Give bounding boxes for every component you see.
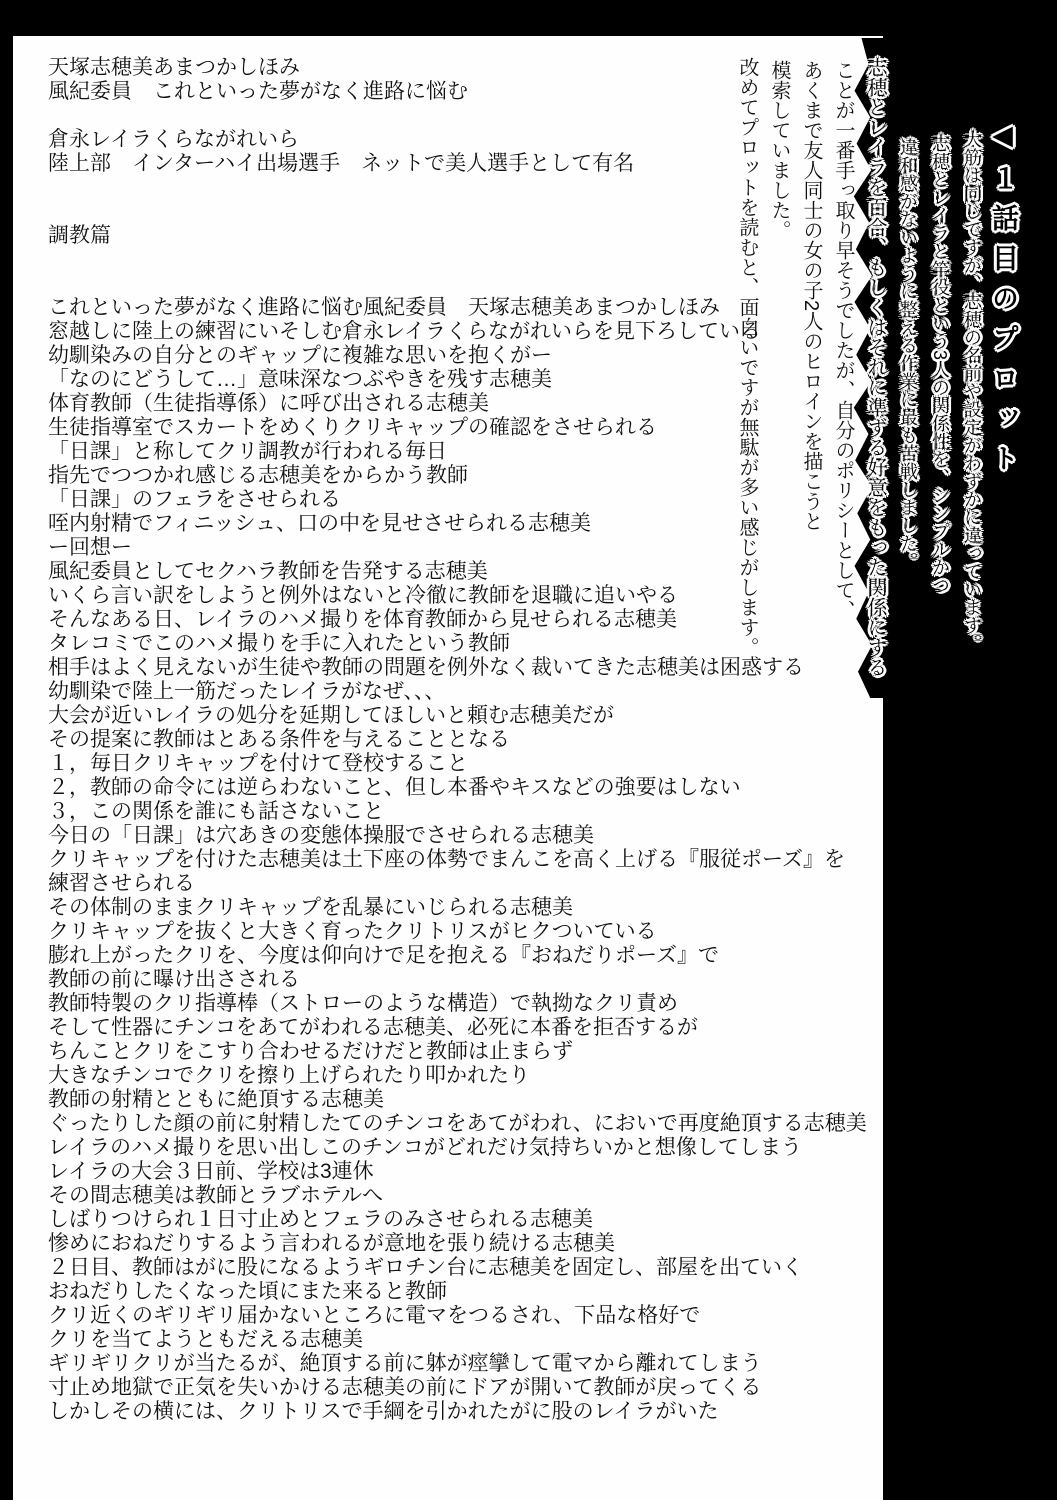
text-line: その体制のままクリキャップを乱暴にいじられる志穂美 — [48, 896, 878, 920]
text-line: その提案に教師はとある条件を与えることとなる — [48, 728, 878, 752]
text-line: クリキャップを付けた志穂美は土下座の体勢でまんこを高く上げる『服従ポーズ』を — [48, 848, 878, 872]
text-line: ３，この関係を誰にも話さないこと — [48, 800, 878, 824]
note-column-8: 模索していました。 — [764, 60, 794, 240]
note-title-column: ◀１話目のプロット — [986, 120, 1020, 484]
text-line: おねだりしたくなった頃にまた来ると教師 — [48, 1280, 878, 1304]
text-line: 惨めにおねだりするよう言われるが意地を張り続ける志穂美 — [48, 1232, 878, 1256]
text-line: 幼馴染で陸上一筋だったレイラがなぜ、、、 — [48, 680, 878, 704]
note-column-7: あくまで友人同士の女の子2人のヒロインを描こうと — [796, 60, 826, 531]
text-line: レイラの大会３日前、学校は3連休 — [48, 1160, 878, 1184]
note-column-3: 志穂とレイラと竿役という3人の関係性を、シンプルかつ — [925, 134, 955, 594]
text-line: 練習させられる — [48, 872, 878, 896]
text-line: 教師の射精とともに絶頂する志穂美 — [48, 1088, 878, 1112]
text-line: 大会が近いレイラの処分を延期してほしいと頼む志穂美だが — [48, 704, 878, 728]
text-line: クリキャップを抜くと大きく育ったクリトリスがヒクついている — [48, 920, 878, 944]
text-line: １，毎日クリキャップを付けて登校すること — [48, 752, 878, 776]
note-column-6: ことが一番手っ取り早そうでしたが、自分のポリシーとして、 — [828, 60, 858, 620]
text-line: クリを当てようともだえる志穂美 — [48, 1328, 878, 1352]
text-line: レイラのハメ撮りを思い出しこのチンコがどれだけ気持ちいかと想像してしまう — [48, 1136, 878, 1160]
text-line: 相手はよく見えないが生徒や教師の問題を例外なく裁いてきた志穂美は困惑する — [48, 656, 878, 680]
text-line: クリ近くのギリギリ届かないところに電マをつるされ、下品な格好で — [48, 1304, 878, 1328]
text-line: 教師の前に曝け出さされる — [48, 968, 878, 992]
text-line: 寸止め地獄で正気を失いかける志穂美の前にドアが開いて教師が戻ってくる — [48, 1376, 878, 1400]
note-column-2: 大筋は同じですが、志穂の名前や設定がわずかに違っています。 — [957, 130, 987, 652]
note-column-5: 志穂とレイラを百合、もしくはそれに準ずる好意をもった関係にする — [860, 57, 890, 677]
text-line: 今日の「日課」は穴あきの変態体操服でさせられる志穂美 — [48, 824, 878, 848]
text-line: ぐったりした顔の前に射精したてのチンコをあてがわれ、においで再度絶頂する志穂美 — [48, 1112, 878, 1136]
note-column-9: 改めてプロットを読むと、面白いですが無駄が多い感じがします。 — [732, 57, 762, 657]
text-line: ギリギリクリが当たるが、絶頂する前に躰が痙攣して電マから離れてしまう — [48, 1352, 878, 1376]
text-line: 大きなチンコでクリを擦り上げられたり叩かれたり — [48, 1064, 878, 1088]
text-line: 膨れ上がったクリを、今度は仰向けで足を抱える『おねだりポーズ』で — [48, 944, 878, 968]
scan-background: 天塚志穂美あまつかしほみ風紀委員 これといった夢がなく進路に悩む倉永レイラくらな… — [0, 0, 1057, 1500]
text-line: ２，教師の命令には逆らわないこと、但し本番やキスなどの強要はしない — [48, 776, 878, 800]
text-line: しかしその横には、クリトリスで手綱を引かれたがに股のレイラがいた — [48, 1400, 878, 1424]
text-line: 教師特製のクリ指導棒（ストローのような構造）で執拗なクリ責め — [48, 992, 878, 1016]
text-line: ちんことクリをこすり合わせるだけだと教師は止まらず — [48, 1040, 878, 1064]
text-line: その間志穂美は教師とラブホテルへ — [48, 1184, 878, 1208]
text-line: しばりつけられ１日寸止めとフェラのみさせられる志穂美 — [48, 1208, 878, 1232]
text-line: そして性器にチンコをあてがわれる志穂美、必死に本番を拒否するが — [48, 1016, 878, 1040]
text-line: ２日目、教師はがに股になるようギロチン台に志穂美を固定し、部屋を出ていく — [48, 1256, 878, 1280]
note-column-4: 違和感がないように整える作業に最も苦戦しました。 — [893, 138, 923, 570]
